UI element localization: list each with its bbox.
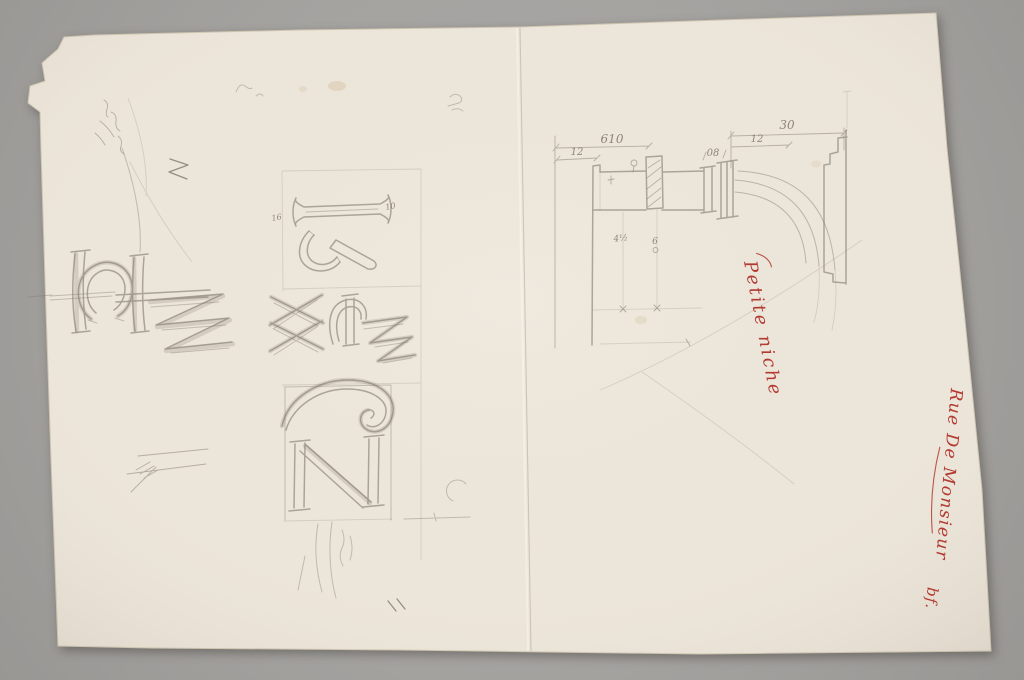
artwork-scan: 10 16 610 12 30 12 08 4½ 6 [0,0,1024,680]
dimension-label-30: 30 [779,118,795,132]
dimension-label-610: 610 [601,132,624,146]
pencil-note-16: 16 [271,212,283,223]
scan-canvas: 10 16 610 12 30 12 08 4½ 6 [0,0,1024,680]
dimension-label-6: 6 [652,237,658,247]
dimension-label-12-left: 12 [571,147,584,158]
dimension-label-12-mid: 12 [751,134,764,145]
address-paraph-text: bf. [922,586,942,610]
dimension-label-08: 08 [707,148,720,159]
dimension-label-4half: 4½ [612,232,629,245]
